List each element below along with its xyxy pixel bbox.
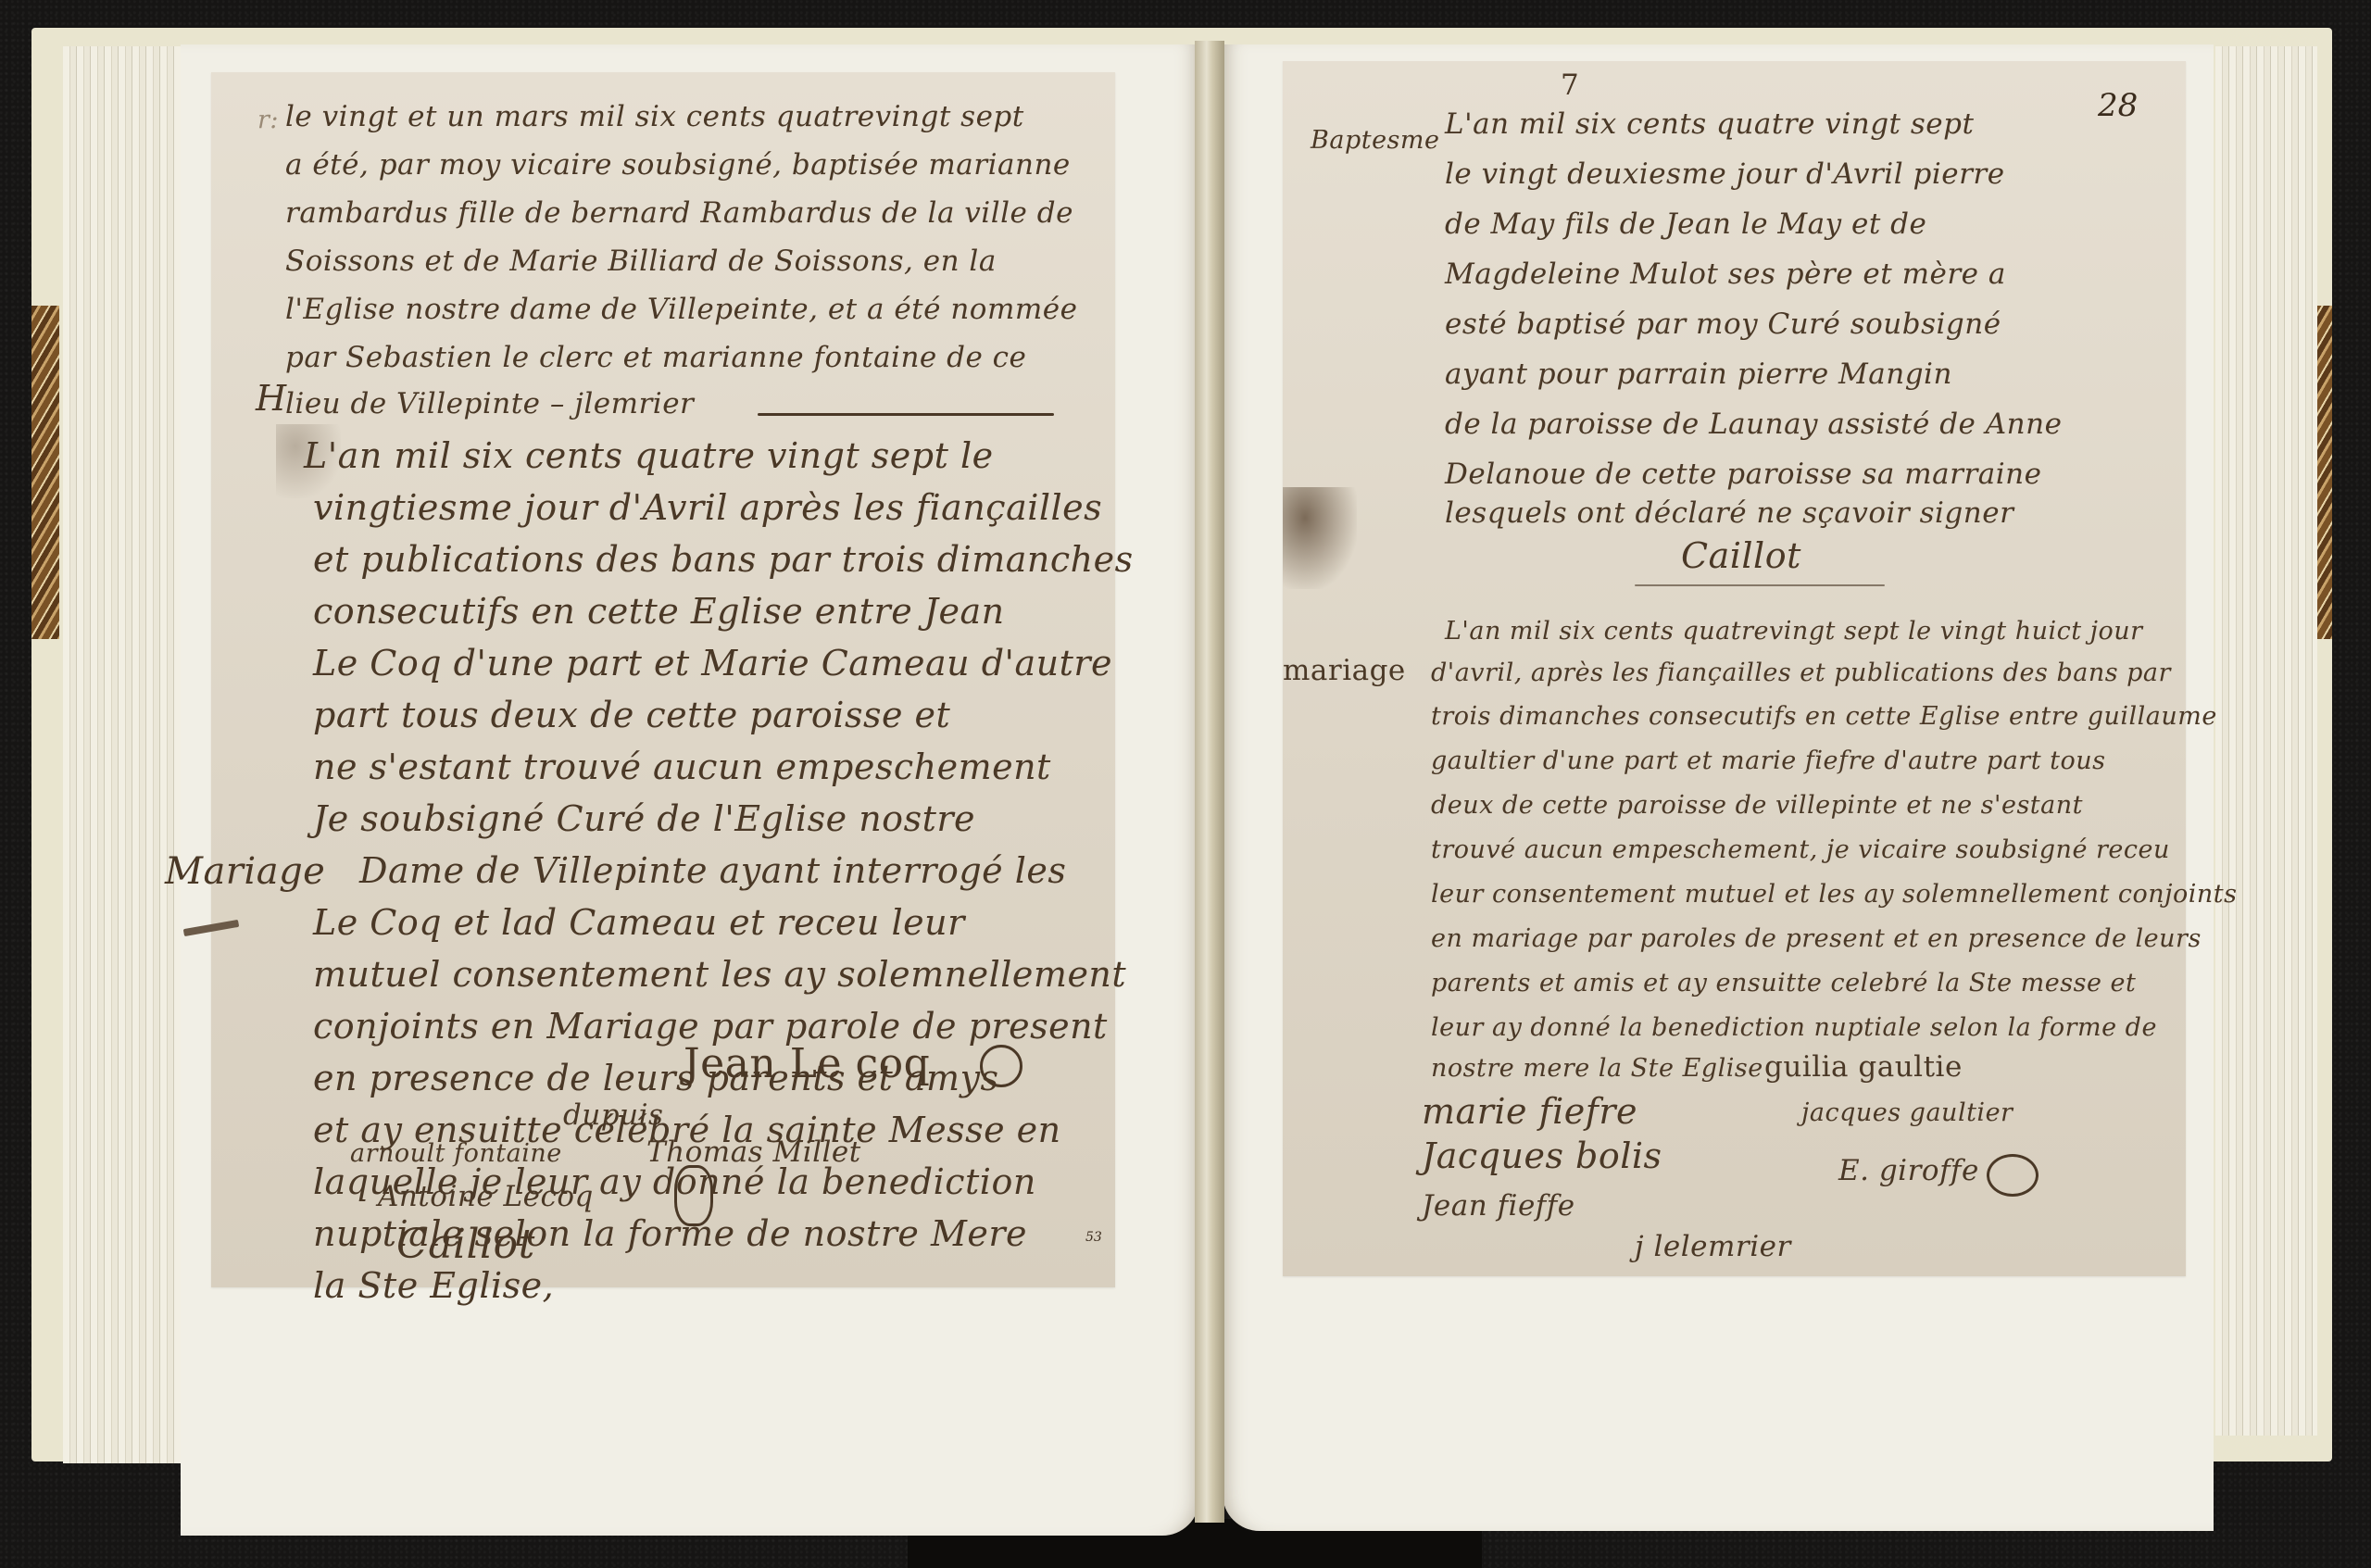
- ink-stain: [1283, 487, 1357, 589]
- text-line: nostre mere la Ste Eglise: [1431, 1054, 1763, 1083]
- right-manuscript-sheet: 7 28 Baptesme L'an mil six cents quatre …: [1283, 61, 2186, 1276]
- signature-jacques-bolis: Jacques bolis: [1422, 1135, 1662, 1176]
- page-stack-right: [2215, 46, 2317, 1436]
- folio-mark: 53: [1085, 1230, 1102, 1245]
- text-line: en mariage par paroles de present et en …: [1431, 924, 2202, 953]
- text-line: L'an mil six cents quatre vingt sept: [1445, 107, 1974, 141]
- margin-label-mariage: mariage: [1283, 654, 1406, 687]
- signature-guilia-gaultie: guilia gaultie: [1764, 1050, 1963, 1084]
- signature-e-giroffe: E. giroffe: [1838, 1154, 1979, 1187]
- text-line: trouvé aucun empeschement, je vicaire so…: [1431, 835, 2170, 864]
- signature-caillot: Caillot: [396, 1221, 535, 1268]
- signature-caillot: Caillot: [1681, 535, 1801, 576]
- text-line: le vingt deuxiesme jour d'Avril pierre: [1445, 157, 2005, 191]
- signature-jean-fieffe: Jean fieffe: [1422, 1189, 1575, 1223]
- signature-jean-le-coq: Jean Le coq: [684, 1040, 930, 1087]
- text-line: leur consentement mutuel et les ay solem…: [1431, 880, 2238, 909]
- signature-marie-fiefre: marie fiefre: [1422, 1091, 1637, 1132]
- text-line: lesquels ont déclaré ne sçavoir signer: [1445, 496, 2013, 530]
- text-line: Delanoue de cette paroisse sa marraine: [1445, 458, 2041, 491]
- text-line: deux de cette paroisse de villepinte et …: [1431, 791, 2083, 820]
- signature-jacques-gaultier: jacques gaultier: [1801, 1098, 2013, 1127]
- text-line: gaultier d'une part et marie fiefre d'au…: [1431, 746, 2106, 775]
- left-signatures: Jean Le coq dupuis arnoult fontaine Thom…: [211, 72, 1115, 1287]
- signature-paraph: [1987, 1154, 2039, 1197]
- closing-rule: [1635, 584, 1885, 586]
- text-line: de May fils de Jean le May et de: [1445, 207, 1926, 241]
- text-line: esté baptisé par moy Curé soubsigné: [1445, 307, 2001, 341]
- marbled-edge-left: [31, 306, 59, 639]
- book-gutter: [1195, 41, 1224, 1523]
- signature-arnoult-fontaine: arnoult fontaine: [350, 1139, 562, 1168]
- signature-thomas-millet: Thomas Millet: [646, 1135, 861, 1169]
- text-line: L'an mil six cents quatrevingt sept le v…: [1445, 617, 2143, 646]
- text-line: ayant pour parrain pierre Mangin: [1445, 358, 1952, 391]
- signature-lelemrier: j lelemrier: [1635, 1230, 1791, 1263]
- signature-paraph: [674, 1165, 713, 1226]
- margin-label-baptesme: Baptesme: [1311, 126, 1440, 155]
- text-line: parents et amis et ay ensuitte celebré l…: [1431, 969, 2136, 997]
- text-line: trois dimanches consecutifs en cette Egl…: [1431, 702, 2217, 731]
- signature-flourish: [980, 1045, 1022, 1087]
- signature-dupuis: dupuis: [563, 1098, 663, 1132]
- folio-number: 28: [2098, 87, 2138, 124]
- signature-antoine-lecoq: Antoine Lecoq: [378, 1180, 594, 1213]
- top-mark: 7: [1561, 69, 1579, 102]
- text-line: d'avril, après les fiançailles et public…: [1431, 659, 2171, 687]
- text-line: Magdeleine Mulot ses père et mère a: [1445, 257, 2006, 291]
- text-line: de la paroisse de Launay assisté de Anne: [1445, 408, 2062, 441]
- text-line: leur ay donné la benediction nuptiale se…: [1431, 1013, 2157, 1042]
